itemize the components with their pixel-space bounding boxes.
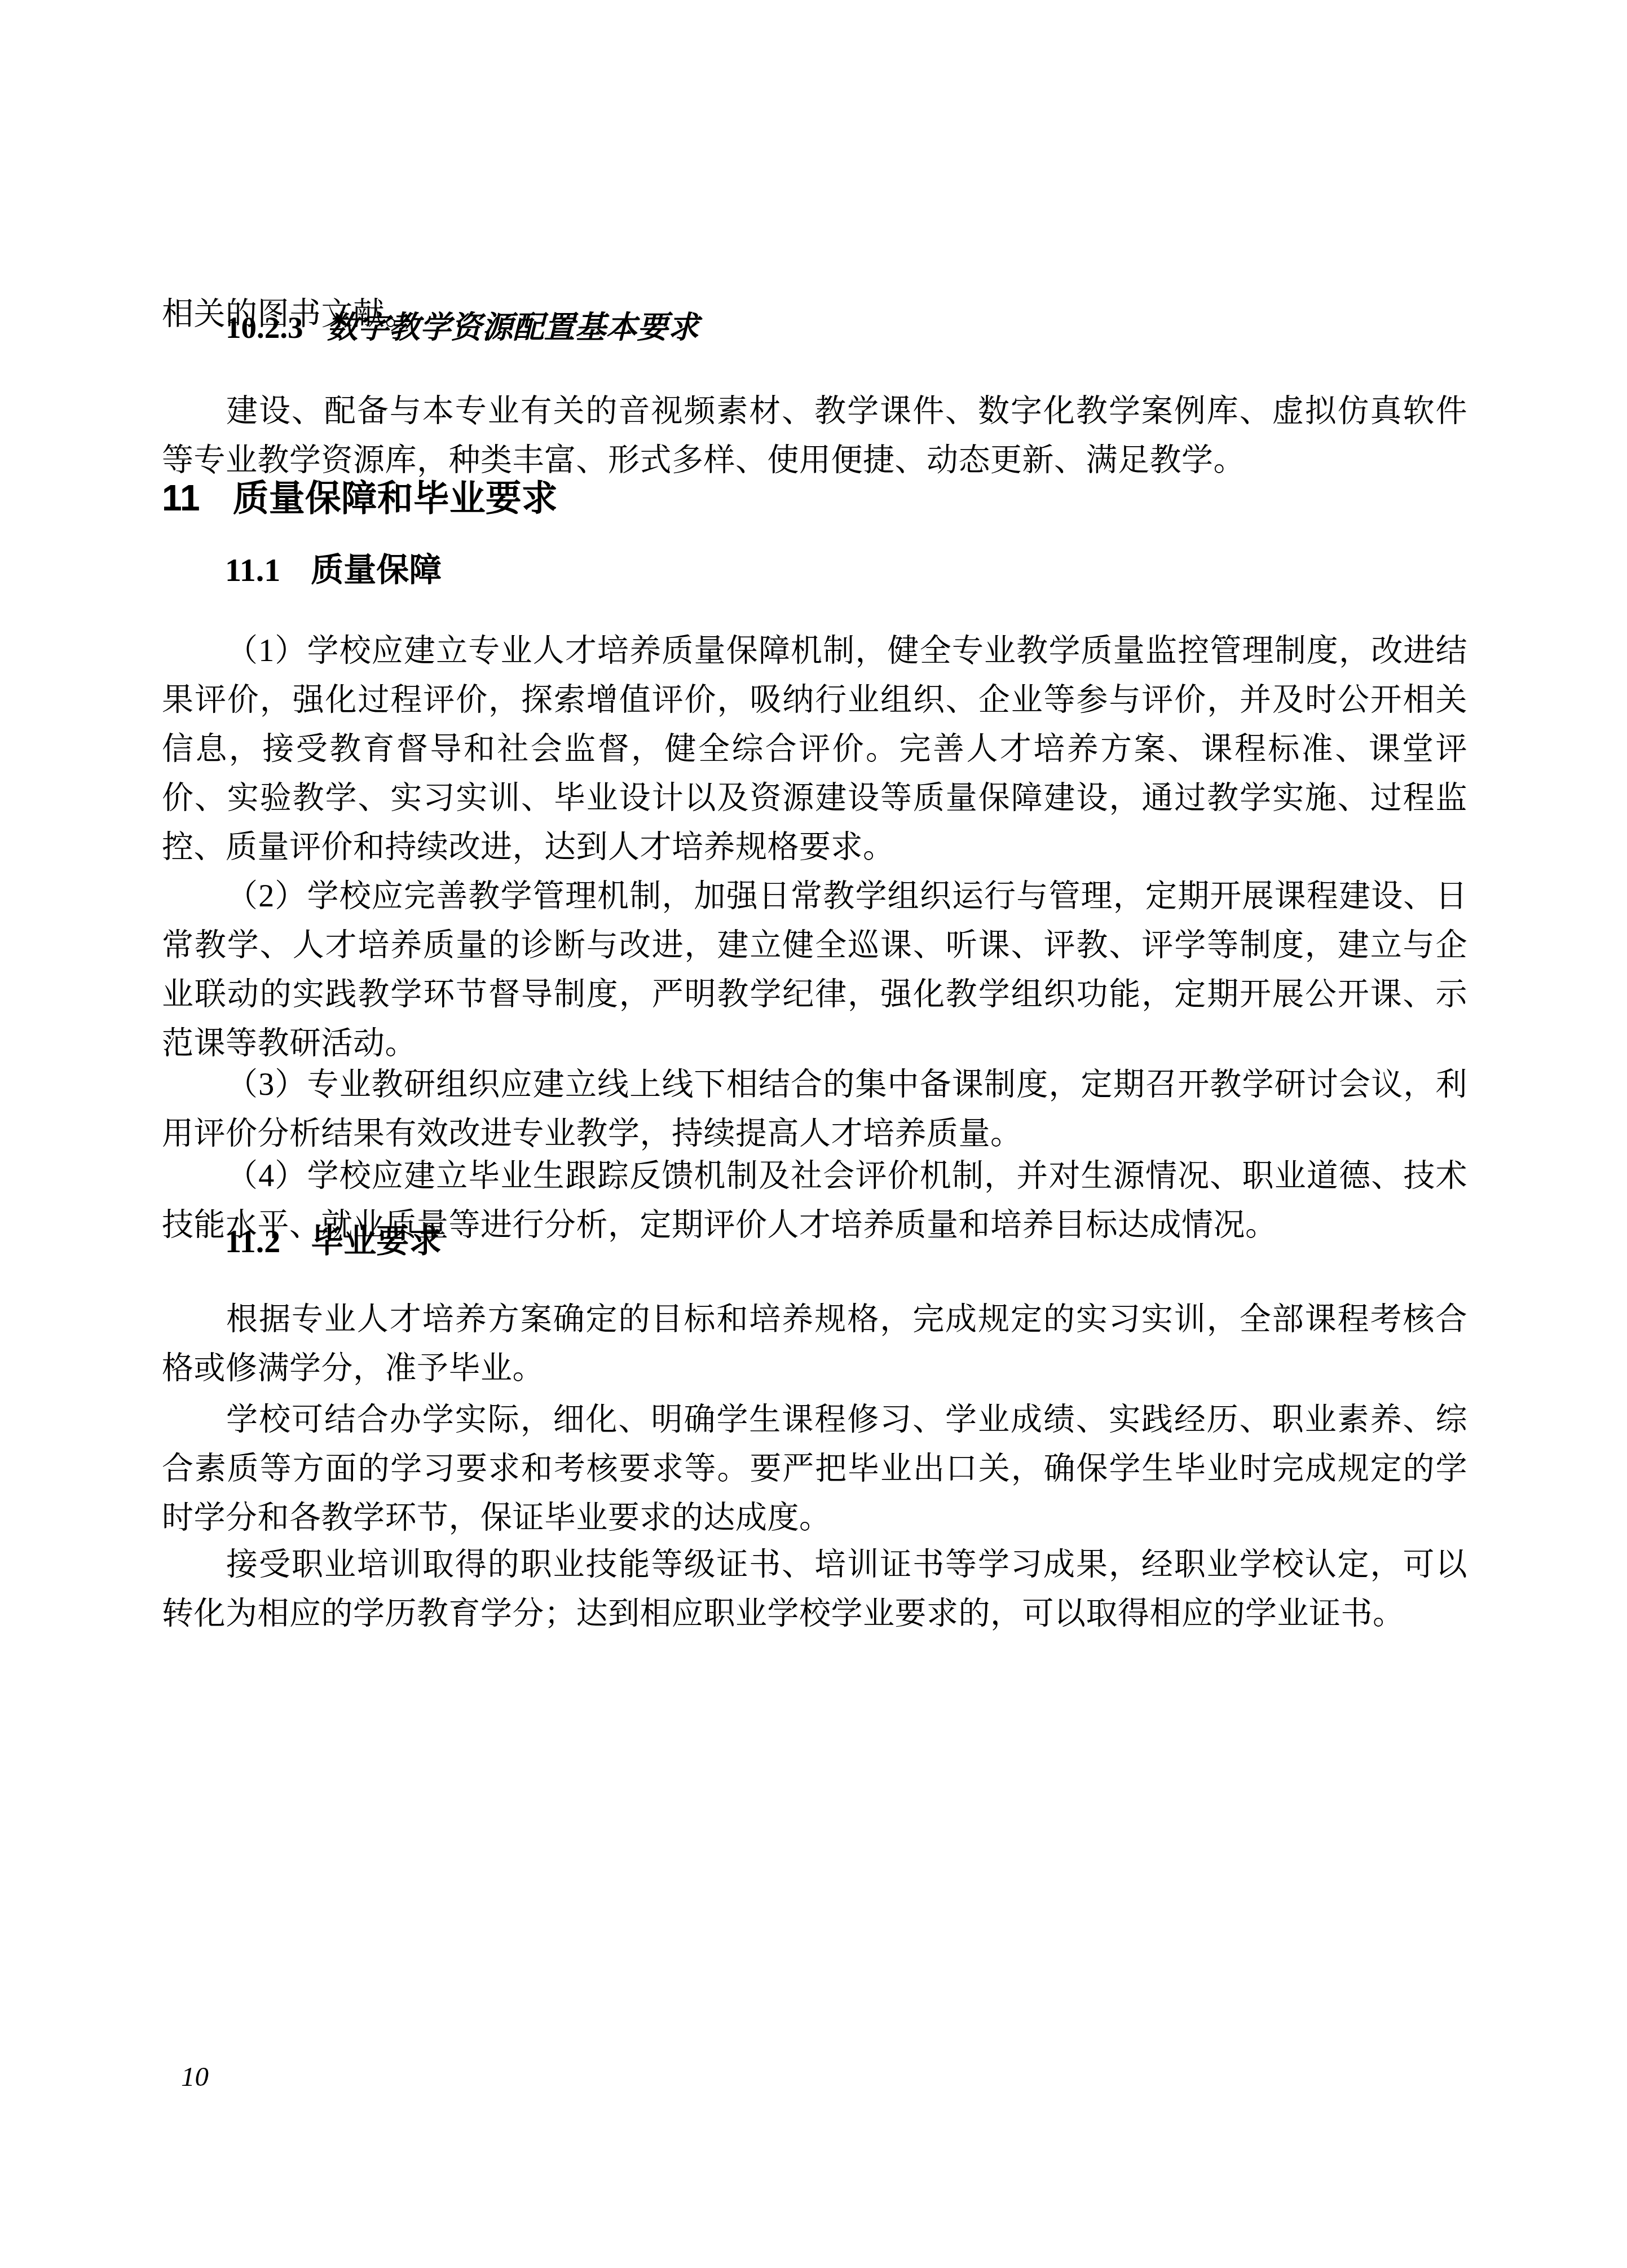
heading-10-2-3: 10.2.3数字教学资源配置基本要求 xyxy=(226,309,1531,346)
paragraph-quality-1: （1）学校应建立专业人才培养质量保障机制，健全专业教学质量监控管理制度，改进结果… xyxy=(162,627,1467,872)
heading-10-2-3-title: 数字教学资源配置基本要求 xyxy=(327,310,699,345)
heading-11-1-number: 11.1 xyxy=(225,552,280,588)
paragraph-quality-2: （2）学校应完善教学管理机制，加强日常教学组织运行与管理，定期开展课程建设、日常… xyxy=(162,872,1467,1068)
heading-11-1-title: 质量保障 xyxy=(311,552,442,588)
paragraph-graduation-2: 学校可结合办学实际，细化、明确学生课程修习、学业成绩、实践经历、职业素养、综合素… xyxy=(162,1395,1467,1543)
heading-11-2: 11.2毕业要求 xyxy=(225,1222,1531,1261)
paragraph-graduation-3: 接受职业培训取得的职业技能等级证书、培训证书等学习成果，经职业学校认定，可以转化… xyxy=(162,1540,1467,1639)
document-page: 相关的图书文献。 10.2.3数字教学资源配置基本要求 建设、配备与本专业有关的… xyxy=(0,0,1627,2268)
heading-section-11-number: 11 xyxy=(162,478,200,518)
heading-11-2-number: 11.2 xyxy=(225,1223,280,1259)
paragraph-digital-resources: 建设、配备与本专业有关的音视频素材、教学课件、数字化教学案例库、虚拟仿真软件等专… xyxy=(162,387,1467,485)
heading-section-11: 11质量保障和毕业要求 xyxy=(162,477,1467,520)
heading-10-2-3-number: 10.2.3 xyxy=(226,310,303,345)
heading-11-1: 11.1质量保障 xyxy=(225,551,1531,590)
paragraph-quality-3: （3）专业教研组织应建立线上线下相结合的集中备课制度，定期召开教学研讨会议，利用… xyxy=(162,1060,1467,1159)
page-number: 10 xyxy=(181,2062,209,2092)
heading-section-11-title: 质量保障和毕业要求 xyxy=(233,478,558,518)
paragraph-graduation-1: 根据专业人才培养方案确定的目标和培养规格，完成规定的实习实训，全部课程考核合格或… xyxy=(162,1295,1467,1393)
heading-11-2-title: 毕业要求 xyxy=(311,1223,442,1259)
